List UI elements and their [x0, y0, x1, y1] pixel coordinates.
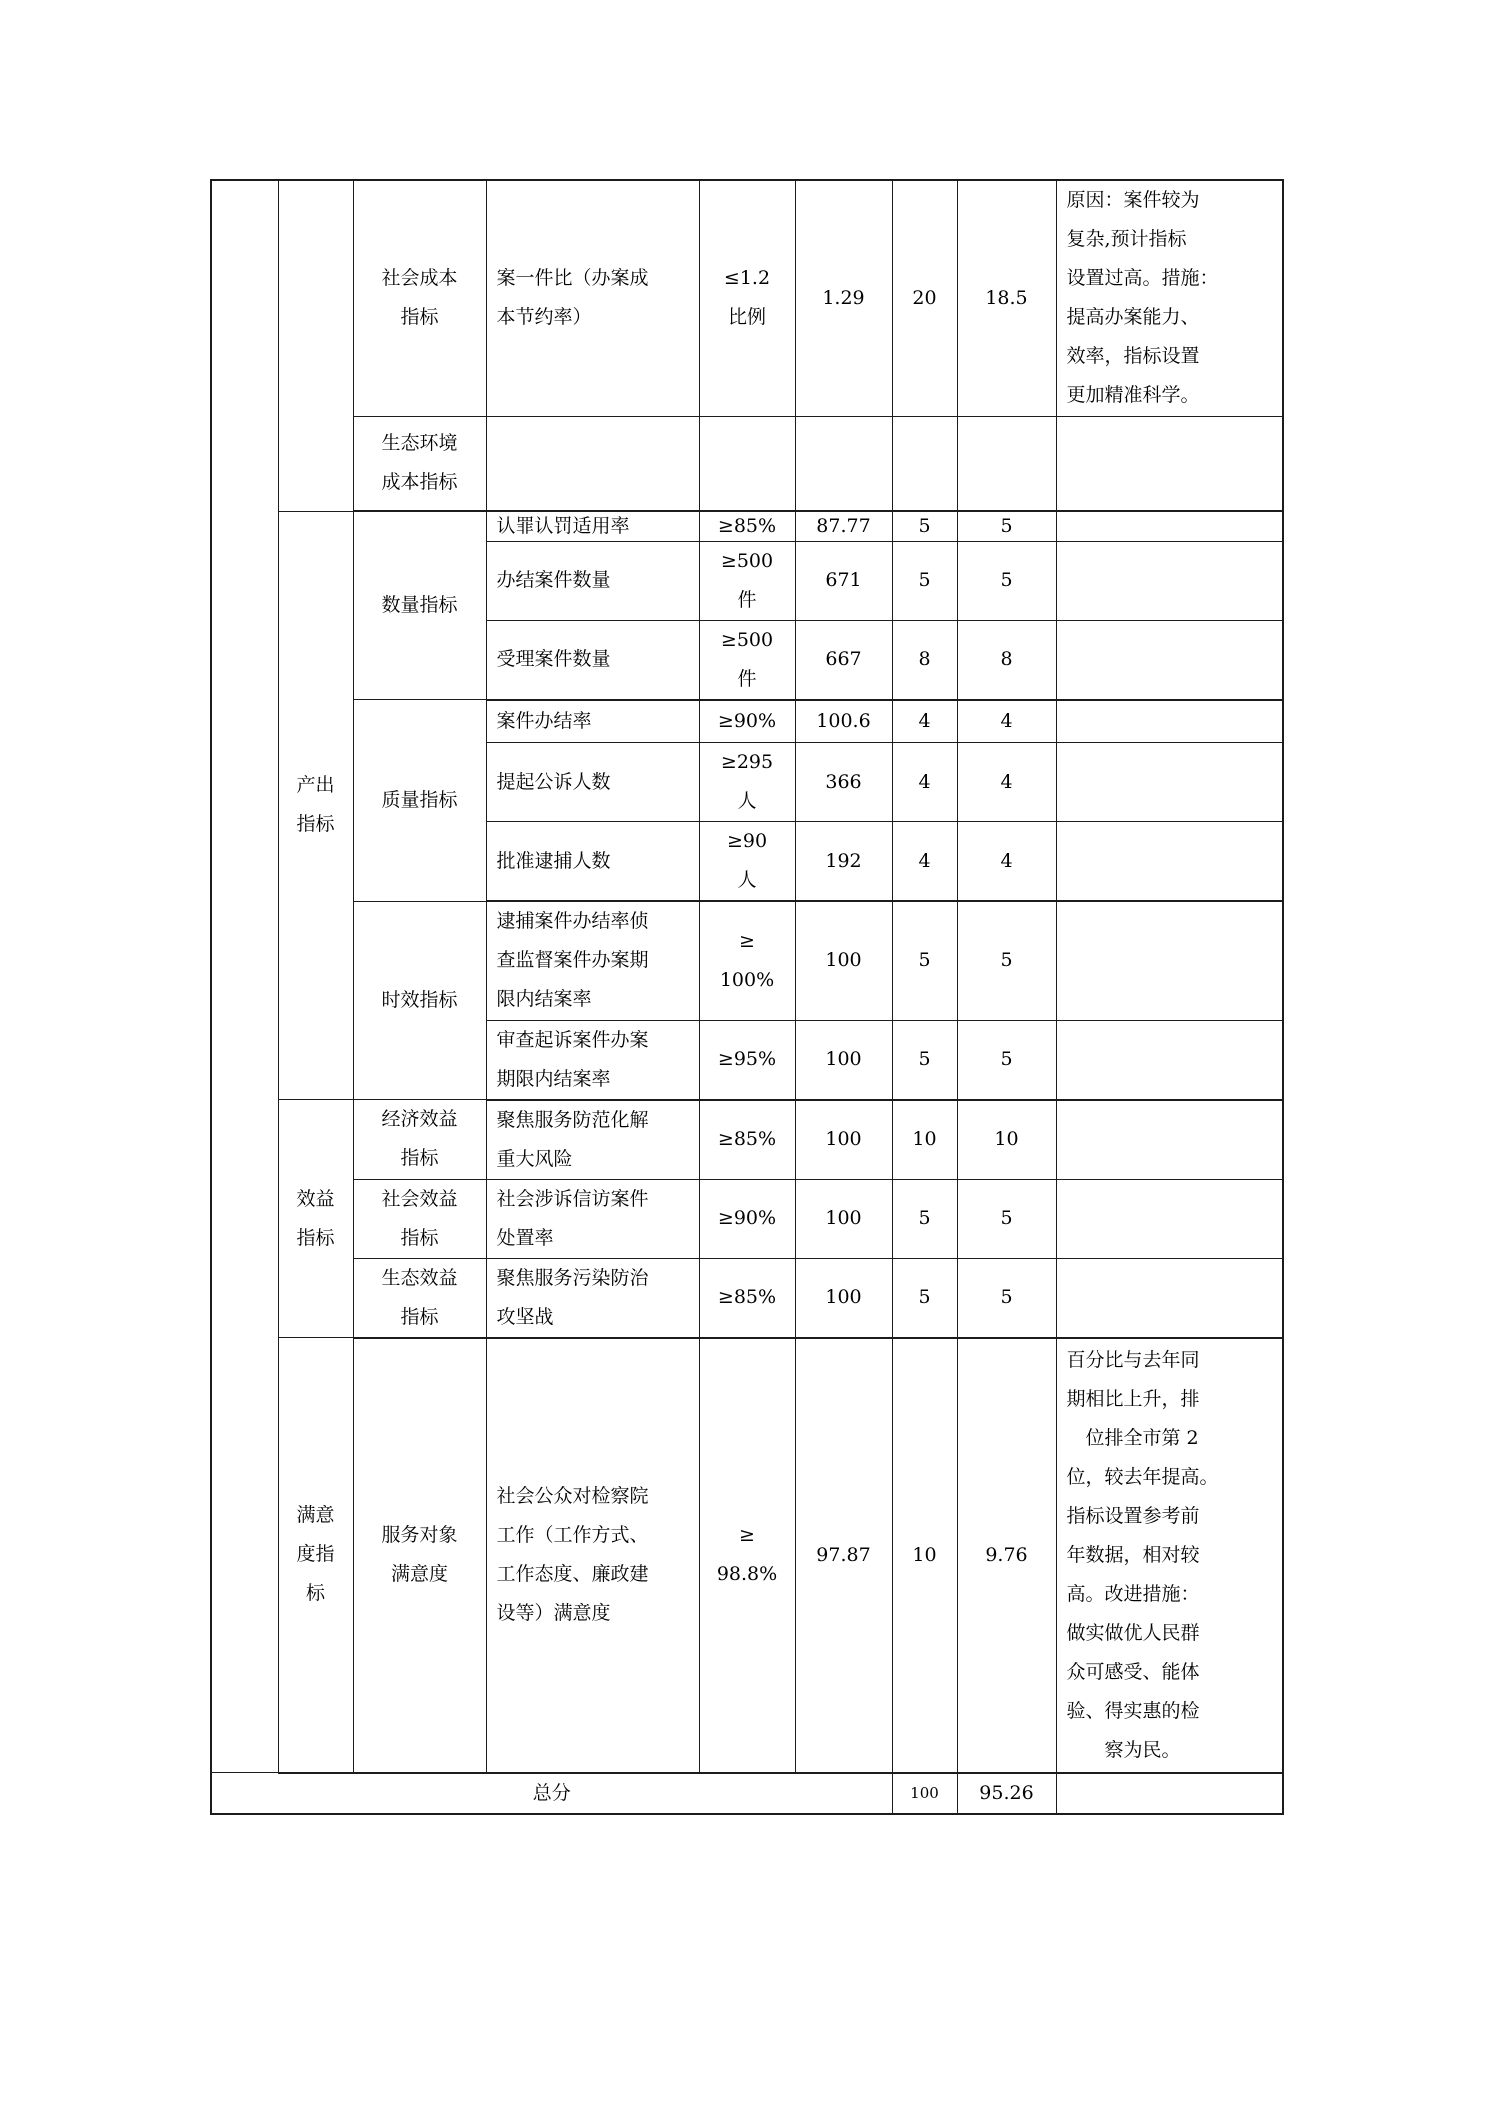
cell-score-accepted-cases: 8 — [957, 620, 1056, 700]
cell-target-case-ratio: ≤1.2 比例 — [699, 180, 795, 416]
cell-level2-timeliness: 时效指标 — [353, 901, 486, 1100]
cell-value-arrest-case-closure: 100 — [795, 901, 892, 1020]
cell-weight-closed-cases: 5 — [892, 541, 957, 620]
cell-target-arrests-approved: ≥90 人 — [699, 822, 795, 902]
cell-value-closure-rate: 100.6 — [795, 700, 892, 743]
cell-value-case-ratio: 1.29 — [795, 180, 892, 416]
cell-remark-prosecutions — [1056, 743, 1283, 822]
cell-remark-closure-rate — [1056, 700, 1283, 743]
cell-score-risk-resolution: 10 — [957, 1100, 1056, 1180]
cell-weight-arrest-case-closure: 5 — [892, 901, 957, 1020]
cell-indicator-closed-cases: 办结案件数量 — [486, 541, 699, 620]
cell-weight-confession-rate: 5 — [892, 511, 957, 541]
cell-indicator-petition-handling: 社会涉诉信访案件 处置率 — [486, 1179, 699, 1258]
cell-total-weight: 100 — [892, 1773, 957, 1814]
cell-remark-confession-rate — [1056, 511, 1283, 541]
cell-remark-pollution-control — [1056, 1258, 1283, 1338]
cell-remark-case-ratio: 原因：案件较为 复杂,预计指标 设置过高。措施： 提高办案能力、 效率，指标设置… — [1056, 180, 1283, 416]
cell-score-case-ratio: 18.5 — [957, 180, 1056, 416]
cell-value-review-prosecution: 100 — [795, 1020, 892, 1100]
cell-total-label: 总分 — [211, 1773, 892, 1814]
cell-value-prosecutions: 366 — [795, 743, 892, 822]
cell-weight-review-prosecution: 5 — [892, 1020, 957, 1100]
cell-score-closed-cases: 5 — [957, 541, 1056, 620]
cell-target-eco-env — [699, 416, 795, 511]
cell-target-closed-cases: ≥500 件 — [699, 541, 795, 620]
cell-score-review-prosecution: 5 — [957, 1020, 1056, 1100]
document-page: 社会成本 指标 案一件比（办案成 本节约率） ≤1.2 比例 1.29 20 1… — [0, 0, 1488, 2104]
cell-remark-eco-env — [1056, 416, 1283, 511]
cell-level1-satisfaction: 满意 度指 标 — [278, 1338, 353, 1773]
cell-indicator-prosecutions: 提起公诉人数 — [486, 743, 699, 822]
cell-remark-public-satisfaction: 百分比与去年同 期相比上升，排 位排全市第 2 位，较去年提高。 指标设置参考前… — [1056, 1338, 1283, 1773]
cell-score-confession-rate: 5 — [957, 511, 1056, 541]
cell-level1-output: 产出 指标 — [278, 511, 353, 1100]
cell-score-prosecutions: 4 — [957, 743, 1056, 822]
cell-score-pollution-control: 5 — [957, 1258, 1056, 1338]
cell-indicator-eco-env — [486, 416, 699, 511]
cell-indicator-risk-resolution: 聚焦服务防范化解 重大风险 — [486, 1100, 699, 1180]
cell-value-eco-env — [795, 416, 892, 511]
cell-value-pollution-control: 100 — [795, 1258, 892, 1338]
cell-remark-petition-handling — [1056, 1179, 1283, 1258]
cell-indicator-case-ratio: 案一件比（办案成 本节约率） — [486, 180, 699, 416]
cell-total-score: 95.26 — [957, 1773, 1056, 1814]
cell-weight-accepted-cases: 8 — [892, 620, 957, 700]
cell-score-public-satisfaction: 9.76 — [957, 1338, 1056, 1773]
cell-indicator-pollution-control: 聚焦服务污染防治 攻坚战 — [486, 1258, 699, 1338]
cell-score-arrests-approved: 4 — [957, 822, 1056, 902]
cell-remark-arrests-approved — [1056, 822, 1283, 902]
cell-remark-review-prosecution — [1056, 1020, 1283, 1100]
cell-weight-petition-handling: 5 — [892, 1179, 957, 1258]
cell-score-eco-env — [957, 416, 1056, 511]
cell-weight-arrests-approved: 4 — [892, 822, 957, 902]
cell-value-public-satisfaction: 97.87 — [795, 1338, 892, 1773]
cell-level2-ecological-benefit: 生态效益 指标 — [353, 1258, 486, 1338]
cell-indicator-review-prosecution: 审查起诉案件办案 期限内结案率 — [486, 1020, 699, 1100]
cell-weight-prosecutions: 4 — [892, 743, 957, 822]
cell-level2-social-benefit: 社会效益 指标 — [353, 1179, 486, 1258]
cell-weight-closure-rate: 4 — [892, 700, 957, 743]
cell-value-closed-cases: 671 — [795, 541, 892, 620]
cell-level1-benefit: 效益 指标 — [278, 1100, 353, 1338]
cell-target-closure-rate: ≥90% — [699, 700, 795, 743]
cell-level2-quantity: 数量指标 — [353, 511, 486, 700]
cell-weight-public-satisfaction: 10 — [892, 1338, 957, 1773]
cell-target-public-satisfaction: ≥ 98.8% — [699, 1338, 795, 1773]
cell-target-prosecutions: ≥295 人 — [699, 743, 795, 822]
cell-weight-pollution-control: 5 — [892, 1258, 957, 1338]
cell-target-risk-resolution: ≥85% — [699, 1100, 795, 1180]
cell-indicator-confession-rate: 认罪认罚适用率 — [486, 511, 699, 541]
cell-target-accepted-cases: ≥500 件 — [699, 620, 795, 700]
cell-indicator-public-satisfaction: 社会公众对检察院 工作（工作方式、 工作态度、廉政建 设等）满意度 — [486, 1338, 699, 1773]
cell-level1-cost-continued — [278, 180, 353, 511]
cell-indicator-arrest-case-closure: 逮捕案件办结率侦 查监督案件办案期 限内结案率 — [486, 901, 699, 1020]
cell-value-arrests-approved: 192 — [795, 822, 892, 902]
cell-target-arrest-case-closure: ≥ 100% — [699, 901, 795, 1020]
cell-score-closure-rate: 4 — [957, 700, 1056, 743]
cell-value-accepted-cases: 667 — [795, 620, 892, 700]
cell-indicator-closure-rate: 案件办结率 — [486, 700, 699, 743]
cell-value-confession-rate: 87.77 — [795, 511, 892, 541]
cell-level2-eco-env-cost: 生态环境 成本指标 — [353, 416, 486, 511]
cell-spanner-left — [211, 180, 278, 1773]
cell-remark-accepted-cases — [1056, 620, 1283, 700]
cell-target-confession-rate: ≥85% — [699, 511, 795, 541]
cell-target-review-prosecution: ≥95% — [699, 1020, 795, 1100]
cell-weight-eco-env — [892, 416, 957, 511]
cell-value-petition-handling: 100 — [795, 1179, 892, 1258]
cell-score-petition-handling: 5 — [957, 1179, 1056, 1258]
cell-target-petition-handling: ≥90% — [699, 1179, 795, 1258]
cell-level2-quality: 质量指标 — [353, 700, 486, 902]
cell-weight-case-ratio: 20 — [892, 180, 957, 416]
cell-level2-social-cost: 社会成本 指标 — [353, 180, 486, 416]
cell-value-risk-resolution: 100 — [795, 1100, 892, 1180]
cell-total-remark — [1056, 1773, 1283, 1814]
cell-remark-risk-resolution — [1056, 1100, 1283, 1180]
performance-indicator-table: 社会成本 指标 案一件比（办案成 本节约率） ≤1.2 比例 1.29 20 1… — [210, 179, 1284, 1815]
cell-remark-closed-cases — [1056, 541, 1283, 620]
cell-indicator-accepted-cases: 受理案件数量 — [486, 620, 699, 700]
cell-score-arrest-case-closure: 5 — [957, 901, 1056, 1020]
table-area: 社会成本 指标 案一件比（办案成 本节约率） ≤1.2 比例 1.29 20 1… — [210, 179, 1284, 1815]
cell-level2-economic-benefit: 经济效益 指标 — [353, 1100, 486, 1180]
cell-remark-arrest-case-closure — [1056, 901, 1283, 1020]
cell-indicator-arrests-approved: 批准逮捕人数 — [486, 822, 699, 902]
cell-weight-risk-resolution: 10 — [892, 1100, 957, 1180]
cell-level2-service-satisfaction: 服务对象 满意度 — [353, 1338, 486, 1773]
cell-target-pollution-control: ≥85% — [699, 1258, 795, 1338]
